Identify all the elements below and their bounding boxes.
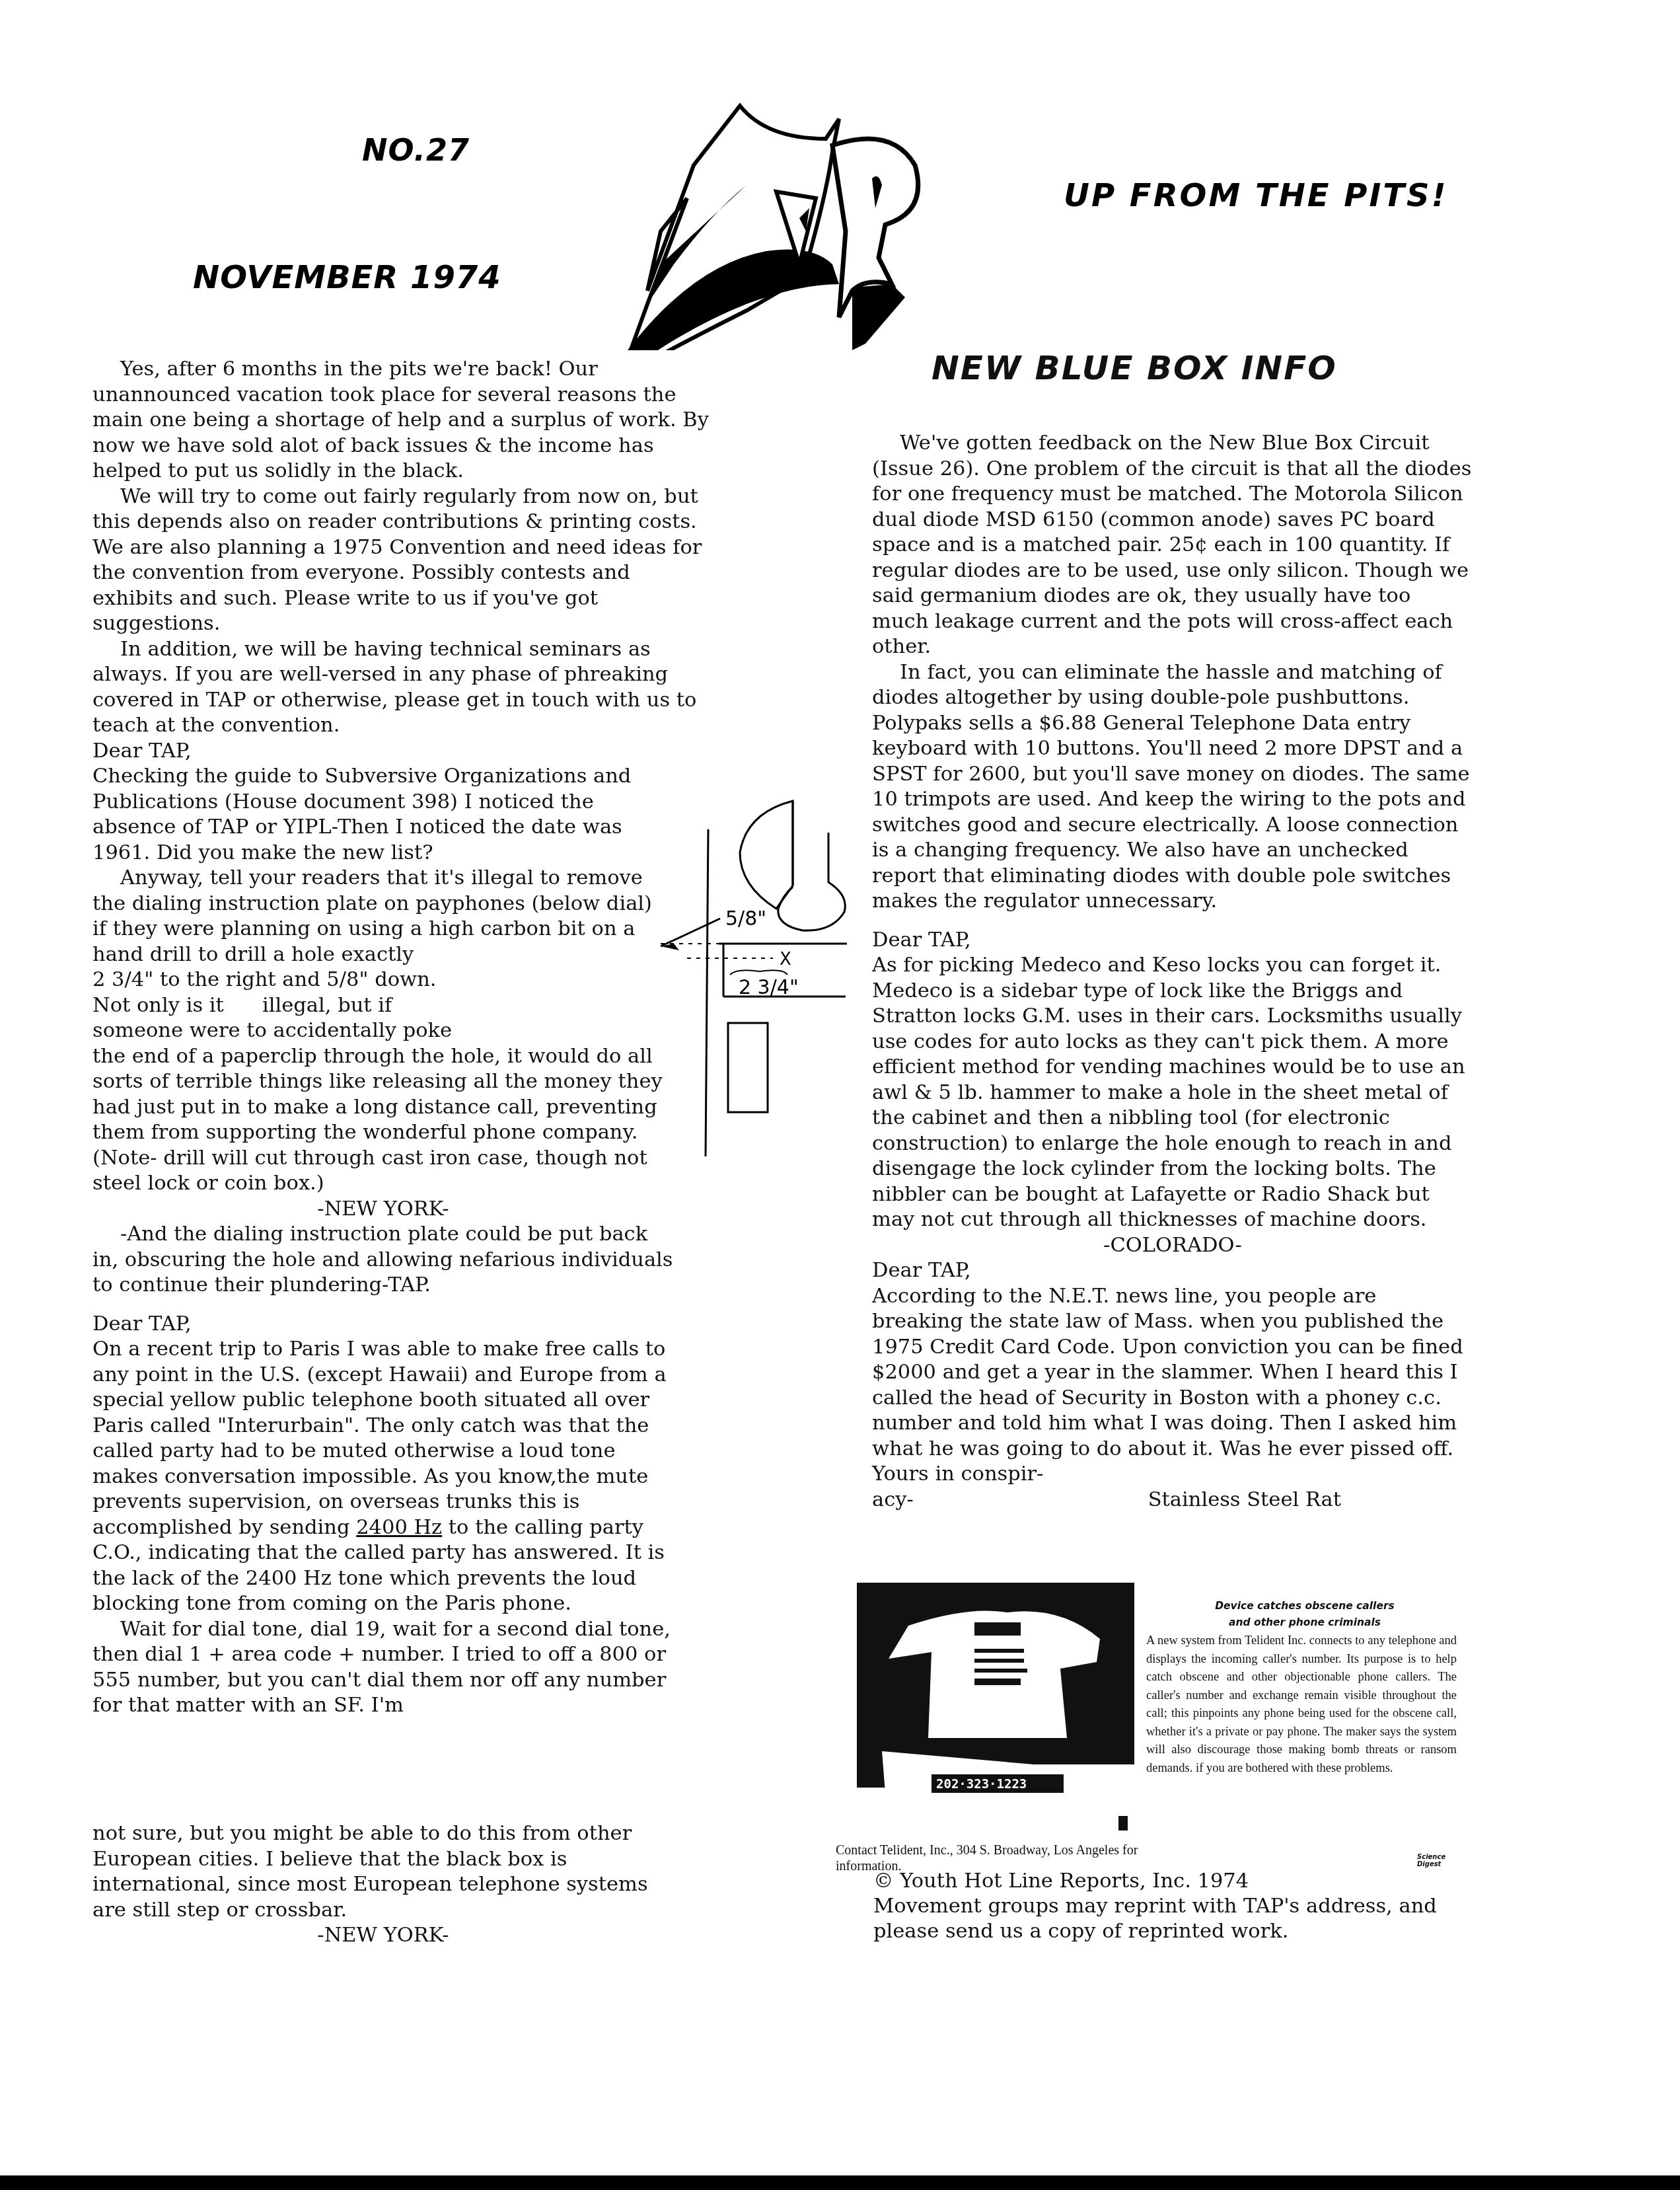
clipping-headline: Device catches obscene callers and other… <box>1146 1598 1463 1631</box>
left-column-continued: not sure, but you might be able to do th… <box>92 1821 713 1949</box>
letter-paragraph: On a recent trip to Paris I was able to … <box>92 1337 687 1617</box>
letter-line: Not only is it illegal, but if <box>92 993 713 1019</box>
letter-salutation: Dear TAP, <box>872 928 1473 954</box>
intro-paragraph: Yes, after 6 months in the pits we're ba… <box>92 357 713 484</box>
clipping-body: A new system from Telident Inc. connects… <box>1146 1632 1457 1778</box>
issue-date: NOVEMBER 1974 <box>193 259 501 296</box>
reprint-notice: Movement groups may reprint with TAP's a… <box>873 1894 1468 1944</box>
telephone-photo-icon: 202·323·1223 <box>836 1573 1136 1834</box>
diagram-label-right: 2 3/4" <box>739 976 799 999</box>
letter-line: 2 3/4" to the right and 5/8" down. <box>92 967 713 993</box>
letter-paragraph: According to the N.E.T. news line, you p… <box>872 1284 1473 1488</box>
issue-number: NO.27 <box>362 132 470 168</box>
footer: © Youth Hot Line Reports, Inc. 1974 Move… <box>873 1869 1468 1944</box>
intro-paragraph: We will try to come out fairly regularly… <box>92 484 713 637</box>
letter-signoff: -NEW YORK- <box>92 1197 674 1223</box>
letter-paragraph: not sure, but you might be able to do th… <box>92 1821 674 1923</box>
letter-paragraph: As for picking Medeco and Keso locks you… <box>872 953 1473 1233</box>
source-credit: Science Digest <box>1417 1854 1467 1868</box>
letter-paragraph: Wait for dial tone, dial 19, wait for a … <box>92 1617 687 1719</box>
caller-id-display: 202·323·1223 <box>936 1777 1027 1792</box>
letter-paragraph: Anyway, tell your readers that it's ille… <box>92 866 661 967</box>
diagram-label-down: 5/8" <box>725 907 766 930</box>
payphone-drill-diagram: 5/8" X 2 3/4" <box>661 773 859 1156</box>
letter-line: someone were to accidentally poke <box>92 1018 713 1044</box>
section-heading: NEW BLUE BOX INFO <box>931 349 1337 387</box>
scan-edge-bar <box>0 2175 1680 2190</box>
article-paragraph: In fact, you can eliminate the hassle an… <box>872 660 1473 915</box>
left-column: Yes, after 6 months in the pits we're ba… <box>92 357 713 1719</box>
letter-paragraph: Checking the guide to Subversive Organiz… <box>92 764 661 866</box>
tap-logo-icon <box>548 66 971 350</box>
intro-paragraph: In addition, we will be having technical… <box>92 637 713 739</box>
right-column: We've gotten feedback on the New Blue Bo… <box>872 404 1473 1513</box>
newsletter-page: NO.27 NOVEMBER 1974 UP FROM THE PITS! Ye… <box>0 0 1680 2190</box>
editor-reply: -And the dialing instruction plate could… <box>92 1222 674 1299</box>
underlined-frequency: 2400 Hz <box>356 1516 442 1539</box>
letter-signoff: -COLORADO- <box>872 1233 1473 1259</box>
letter-salutation: Dear TAP, <box>92 1312 713 1338</box>
letter-signoff: -NEW YORK- <box>92 1923 674 1949</box>
article-paragraph: We've gotten feedback on the New Blue Bo… <box>872 431 1473 660</box>
letter-signature: Stainless Steel Rat <box>1148 1488 1341 1513</box>
copyright-notice: © Youth Hot Line Reports, Inc. 1974 <box>873 1869 1468 1894</box>
letter-signature-line: acy- Stainless Steel Rat <box>872 1488 1473 1513</box>
letter-salutation: Dear TAP, <box>92 739 713 765</box>
letter-salutation: Dear TAP, <box>872 1258 1473 1284</box>
newspaper-clipping: 202·323·1223 Contact Telident, Inc., 304… <box>836 1573 1467 1864</box>
tagline: UP FROM THE PITS! <box>1064 177 1448 214</box>
diagram-marker-x: X <box>780 950 791 969</box>
letter-paragraph: the end of a paperclip through the hole,… <box>92 1044 674 1197</box>
